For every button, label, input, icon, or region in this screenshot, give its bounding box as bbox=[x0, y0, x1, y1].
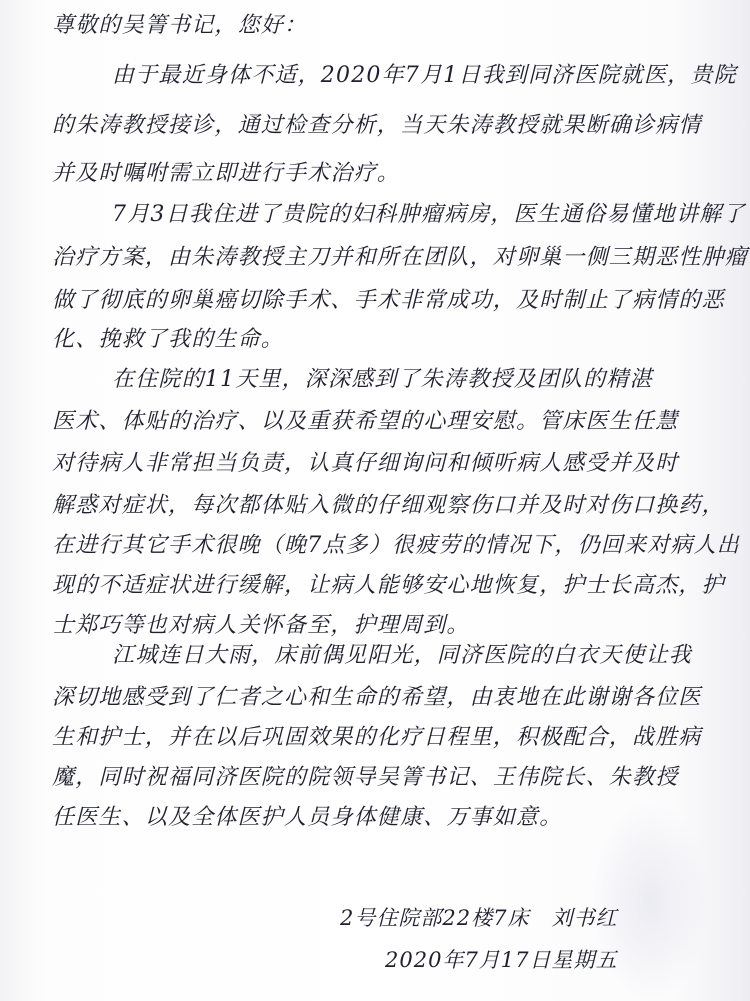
paragraph-4-line-2: 深切地感受到了仁者之心和生命的希望，由衷地在此谢谢各位医 bbox=[52, 680, 702, 711]
paragraph-4-line-4: 魔，同时祝福同济医院的院领导吴箐书记、王伟院长、朱教授 bbox=[52, 760, 678, 791]
paragraph-3-line-3: 对待病人非常担当负责，认真仔细询问和倾听病人感受并及时 bbox=[52, 446, 678, 477]
paragraph-3-line-5: 在进行其它手术很晚（晚7点多）很疲劳的情况下，仍回来对病人出 bbox=[52, 528, 740, 559]
paragraph-4-line-3: 生和护士，并在以后巩固效果的化疗日程里，积极配合，战胜病 bbox=[52, 720, 702, 751]
paragraph-1-line-2: 的朱涛教授接诊，通过检查分析，当天朱涛教授就果断确诊病情 bbox=[52, 108, 702, 139]
paragraph-2-line-1: 7月3日我住进了贵院的妇科肿瘤病房，医生通俗易懂地讲解了 bbox=[112, 197, 746, 228]
salutation: 尊敬的吴箐书记，您好： bbox=[52, 8, 307, 39]
paragraph-3-line-4: 解惑对症状，每次都体贴入微的仔细观察伤口并及时对伤口换药， bbox=[52, 488, 725, 519]
paragraph-2-line-2: 治疗方案，由朱涛教授主刀并和所在团队，对卵巢一侧三期恶性肿瘤 bbox=[52, 240, 748, 271]
paragraph-2-line-4: 化、挽救了我的生命。 bbox=[52, 322, 284, 353]
paragraph-3-line-2: 医术、体贴的治疗、以及重获希望的心理安慰。管床医生任慧 bbox=[52, 404, 678, 435]
paragraph-3-line-7: 士郑巧等也对病人关怀备至，护理周到。 bbox=[52, 608, 470, 639]
signature-date: 2020年7月17日星期五 bbox=[385, 944, 618, 974]
paragraph-2-line-3: 做了彻底的卵巢癌切除手术、手术非常成功，及时制止了病情的恶 bbox=[52, 283, 725, 314]
paragraph-4-line-5: 任医生、以及全体医护人员身体健康、万事如意。 bbox=[52, 800, 562, 831]
paragraph-3-line-1: 在住院的11天里，深深感到了朱涛教授及团队的精湛 bbox=[112, 362, 653, 393]
letter-page: 尊敬的吴箐书记，您好： 由于最近身体不适，2020年7月1日我到同济医院就医，贵… bbox=[0, 0, 750, 1001]
paragraph-1-line-3: 并及时嘱咐需立即进行手术治疗。 bbox=[52, 156, 400, 187]
paragraph-4-line-1: 江城连日大雨，床前偶见阳光，同济医院的白衣天使让我 bbox=[112, 638, 692, 669]
paragraph-3-line-6: 现的不适症状进行缓解，让病人能够安心地恢复，护士长高杰，护 bbox=[52, 568, 725, 599]
signature-sender: 2号住院部22楼7床 刘书红 bbox=[340, 902, 617, 932]
paragraph-1-line-1: 由于最近身体不适，2020年7月1日我到同济医院就医，贵院 bbox=[112, 58, 737, 89]
